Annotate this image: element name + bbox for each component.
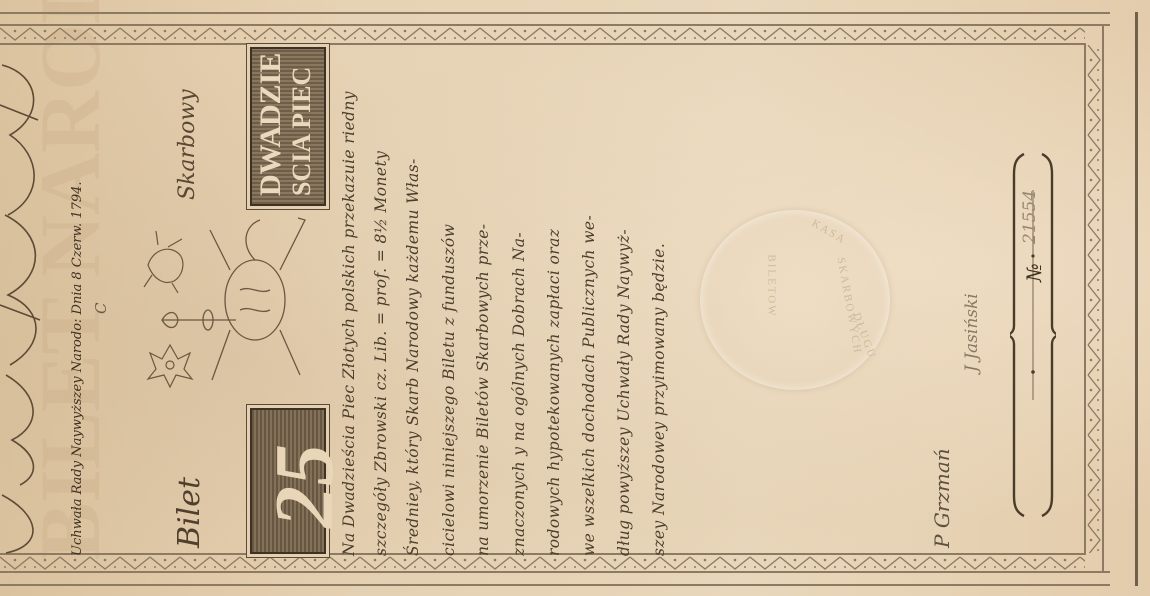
body-line-1: Na Dwadzieścia Piec Złotych polskich prz… [340, 91, 358, 556]
denomination-word-1: DWADZIE [254, 53, 288, 196]
signature-1: J Jasiński [962, 293, 982, 372]
signature-2: P Grzmań [930, 448, 954, 548]
pahonia-knight-icon [138, 225, 198, 295]
body-line-6: znaczonych y na ogólnych Dobrach Na- [510, 232, 528, 556]
series-letter: C [92, 303, 110, 314]
body-line-4: cicielowi niniejszego Biletu z funduszów [440, 224, 458, 556]
border-right-pattern [1086, 45, 1102, 553]
embossed-seal: KASA BILETOW SKARBOWYCH DŁUGU [700, 210, 890, 390]
currency-word: Skarbowy [175, 89, 200, 200]
border-top-pattern [0, 26, 1085, 42]
body-line-3: Średniey, który Skarb Narodowy każdemu W… [404, 158, 422, 556]
seal-text-1: KASA [810, 217, 849, 246]
body-line-5: na umorzenie Biletów Skarbowych prze- [474, 224, 492, 556]
border-right-inner-2 [1102, 24, 1104, 573]
denomination-numeral: 25 [256, 444, 353, 528]
border-top-outer [0, 12, 1110, 14]
bilet-label: Bilet [172, 477, 207, 548]
body-line-7: rodowych hypotekowanych zapłaci oraz [545, 229, 563, 556]
body-line-8: we wszelkich dochodach Publicznych we- [580, 215, 598, 556]
border-top-inner-2 [0, 43, 1085, 45]
body-line-9: dług powyższey Uchwały Rady Naywyż- [615, 229, 633, 556]
border-right-outer [1135, 12, 1138, 586]
ornamental-flourish [0, 45, 50, 555]
border-bottom-pattern [0, 555, 1085, 571]
denomination-word-2: SCIA PIEC [287, 67, 317, 196]
border-bottom-outer [0, 584, 1110, 586]
body-line-10: szey Narodowey przyimowany będzie. [650, 243, 668, 556]
serial-number-value: 21554 [1020, 190, 1040, 244]
lion-emblem-icon [200, 200, 310, 390]
seal-text-2: BILETOW [766, 254, 778, 317]
coat-of-arms-eagle-icon [140, 335, 200, 395]
body-line-2: szczegóły Zbrowski cz. Lib. = prof. = 8½… [372, 151, 390, 556]
header-resolution-text: Uchwała Rady Naywyższey Narodo: Dnia 8 C… [70, 36, 85, 556]
serial-number-label: № [1022, 263, 1046, 282]
border-bottom-inner-2 [0, 571, 1110, 573]
